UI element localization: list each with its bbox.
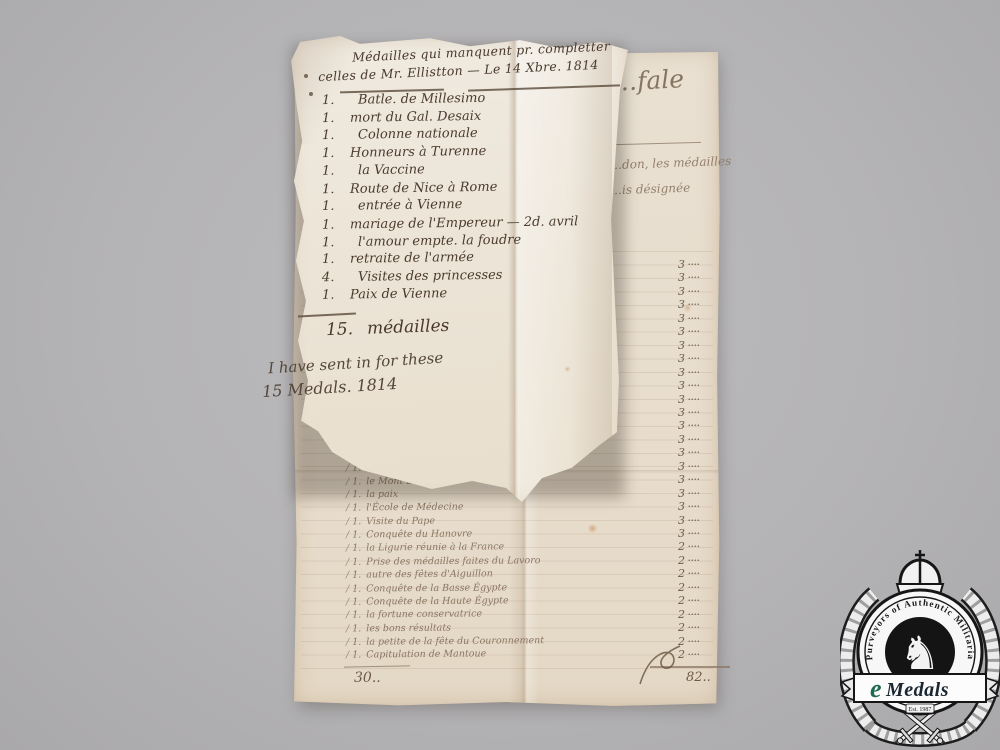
quantity-value: 3 ···· <box>678 258 699 271</box>
quantity-value: 2 ···· <box>678 608 699 621</box>
item-quantity: 1. <box>352 516 361 527</box>
item-quantity: 1. <box>322 217 344 232</box>
column-total: 82.. <box>686 670 711 685</box>
item-quantity: 1. <box>352 543 361 554</box>
tick-mark: ∕ <box>346 570 349 581</box>
item-label: l'amour empte. la foudre <box>358 232 521 249</box>
list-item: ∕1.Visite du Pape <box>346 515 435 527</box>
svg-text:♞: ♞ <box>899 626 940 680</box>
pin-hole <box>309 92 313 96</box>
list-item: 1.la Vaccine <box>322 162 425 178</box>
quantity-value: 3 ···· <box>678 366 699 379</box>
item-quantity: 1. <box>322 181 344 196</box>
subtotal-quantity: 15. <box>326 319 354 340</box>
quantity-value: 3 ···· <box>678 487 699 500</box>
list-item: ∕1.Conquête de la Basse Égypte <box>346 582 507 594</box>
item-label: la petite de la fête du Couronnement <box>366 635 544 648</box>
item-quantity: 1. <box>352 596 361 607</box>
list-item: ∕1.Prise des médailles faites du Lavoro <box>346 555 541 568</box>
item-quantity: 1. <box>322 146 344 161</box>
item-label: Conquête du Hanovre <box>366 529 472 541</box>
tick-mark: ∕ <box>346 583 349 594</box>
list-item: 1.l'amour empte. la foudre <box>322 232 521 250</box>
item-quantity: 1. <box>322 128 344 143</box>
item-quantity: 1. <box>352 583 361 594</box>
list-item: ∕1.Capitulation de Mantoue <box>346 649 486 661</box>
quantity-value: 2 ···· <box>678 594 699 607</box>
list-item: 1.Colonne nationale <box>322 126 478 143</box>
list-item: 1.Batle. de Millesimo <box>322 91 485 108</box>
quantity-value: 3 ···· <box>678 460 699 473</box>
list-item: ∕1.l'École de Médecine <box>346 502 464 514</box>
quantity-value: 3 ···· <box>678 419 699 432</box>
item-label: Visite du Pape <box>366 515 435 527</box>
list-item: 1.Route de Nice à Rome <box>322 179 498 196</box>
list-item: 1.mort du Gal. Desaix <box>322 109 481 126</box>
emedals-watermark: ♞ Purveyors of Authentic Militaria e Med… <box>840 548 1000 750</box>
item-label: Colonne nationale <box>358 126 478 143</box>
item-quantity: 1. <box>352 557 361 568</box>
item-quantity: 1. <box>352 610 361 621</box>
quantity-value: 2 ···· <box>678 540 699 553</box>
rust-stain <box>564 366 571 372</box>
list-item: ∕1.les bons résultats <box>346 622 451 634</box>
quantity-value: 3 ···· <box>678 433 699 446</box>
item-quantity: 1. <box>352 570 361 581</box>
list-item: 1.Paix de Vienne <box>322 286 447 303</box>
item-quantity: 1. <box>352 530 361 541</box>
item-label: Route de Nice à Rome <box>350 179 498 196</box>
item-label: Visites des princesses <box>358 268 503 285</box>
quantity-value: 3 ···· <box>678 339 699 352</box>
item-quantity: 1. <box>352 637 361 648</box>
item-label: retraite de l'armée <box>350 250 474 267</box>
flourish-mark <box>634 642 684 688</box>
list-item: ∕1.la fortune conservatrice <box>346 609 482 621</box>
quantity-value: 3 ···· <box>678 379 699 392</box>
quantity-column: 3 ····3 ····3 ····3 ····3 ····3 ····3 ··… <box>678 258 722 658</box>
quantity-value: 2 ···· <box>678 554 699 567</box>
quantity-value: 2 ···· <box>678 581 699 594</box>
item-quantity: 1. <box>322 110 344 125</box>
brand-name: Medals <box>885 679 949 701</box>
tick-mark: ∕ <box>346 516 349 527</box>
item-quantity: 1. <box>322 235 344 250</box>
list-item: 4.Visites des princesses <box>322 268 503 286</box>
list-item: ∕1.la Ligurie réunie à la France <box>346 542 504 554</box>
item-label: Prise des médailles faites du Lavoro <box>366 555 540 568</box>
item-quantity: 1. <box>322 93 344 108</box>
item-label: Paix de Vienne <box>350 286 447 302</box>
subtotal-label: médailles <box>367 316 450 339</box>
item-label: mariage de l'Empereur — 2d. avril <box>350 214 578 232</box>
item-quantity: 1. <box>352 623 361 634</box>
medal-list-top: 1.Batle. de Millesimo 1.mort du Gal. Des… <box>322 92 632 312</box>
tick-mark: ∕ <box>346 557 349 568</box>
item-label: les bons résultats <box>366 622 451 634</box>
brand-initial: e <box>870 674 882 703</box>
quantity-value: 3 ···· <box>678 352 699 365</box>
item-quantity: 1. <box>322 199 344 214</box>
quantity-value: 3 ···· <box>678 298 699 311</box>
pin-hole <box>304 74 308 78</box>
item-label: entrée à Vienne <box>358 197 463 213</box>
list-item: 1.Honneurs à Turenne <box>322 144 486 161</box>
quantity-value: 3 ···· <box>678 527 699 540</box>
product-photo: …fale …don, les médailles …is désignée 3… <box>0 0 1000 750</box>
established-text: Est. 1987 <box>909 707 932 713</box>
quantity-value: 3 ···· <box>678 406 699 419</box>
tick-mark: ∕ <box>346 597 349 608</box>
list-item: 1.entrée à Vienne <box>322 197 463 214</box>
item-label: Batle. de Millesimo <box>358 91 485 108</box>
tick-mark: ∕ <box>346 530 349 541</box>
item-label: mort du Gal. Desaix <box>350 109 481 126</box>
items-total: 30.. <box>354 670 381 686</box>
quantity-value: 3 ···· <box>678 500 699 513</box>
tick-mark: ∕ <box>346 610 349 621</box>
list-item: 1.retraite de l'armée <box>322 250 474 267</box>
quantity-value: 3 ···· <box>678 271 699 284</box>
list-item: ∕1.la petite de la fête du Couronnement <box>346 635 544 648</box>
item-label: la Vaccine <box>358 162 425 178</box>
quantity-value: 3 ···· <box>678 325 699 338</box>
quantity-value: 3 ···· <box>678 514 699 527</box>
item-label: la fortune conservatrice <box>366 609 482 621</box>
tick-mark: ∕ <box>346 637 349 648</box>
knight-horse-icon: ♞ <box>899 626 940 680</box>
item-quantity: 4. <box>322 270 344 285</box>
list-item: 1.mariage de l'Empereur — 2d. avril <box>322 214 578 233</box>
item-label: Honneurs à Turenne <box>350 144 486 161</box>
item-quantity: 1. <box>322 252 344 267</box>
banner-ribbon: e Medals <box>842 674 998 703</box>
item-label: Conquête de la Haute Égypte <box>366 595 508 607</box>
quantity-value: 3 ···· <box>678 312 699 325</box>
quantity-value: 3 ···· <box>678 446 699 459</box>
quantity-value: 3 ···· <box>678 473 699 486</box>
item-label: Conquête de la Basse Égypte <box>366 582 507 594</box>
tick-mark: ∕ <box>346 503 349 514</box>
item-quantity: 1. <box>322 163 344 178</box>
item-label: Capitulation de Mantoue <box>366 649 486 661</box>
item-label: la Ligurie réunie à la France <box>366 542 504 554</box>
tick-mark: ∕ <box>346 543 349 554</box>
list-item: ∕1.Conquête du Hanovre <box>346 529 472 541</box>
quantity-value: 2 ···· <box>678 567 699 580</box>
quantity-value: 3 ···· <box>678 393 699 406</box>
item-label: l'École de Médecine <box>366 502 463 514</box>
tick-mark: ∕ <box>346 623 349 634</box>
item-quantity: 1. <box>352 503 361 514</box>
quantity-value: 2 ···· <box>678 621 699 634</box>
list-item: ∕1.autre des fêtes d'Aiguillon <box>346 568 493 580</box>
quantity-value: 3 ···· <box>678 285 699 298</box>
item-label: autre des fêtes d'Aiguillon <box>366 568 493 580</box>
item-quantity: 1. <box>322 287 344 302</box>
tick-mark: ∕ <box>346 650 349 661</box>
item-quantity: 1. <box>352 650 361 661</box>
list-item: ∕1.Conquête de la Haute Égypte <box>346 595 509 607</box>
